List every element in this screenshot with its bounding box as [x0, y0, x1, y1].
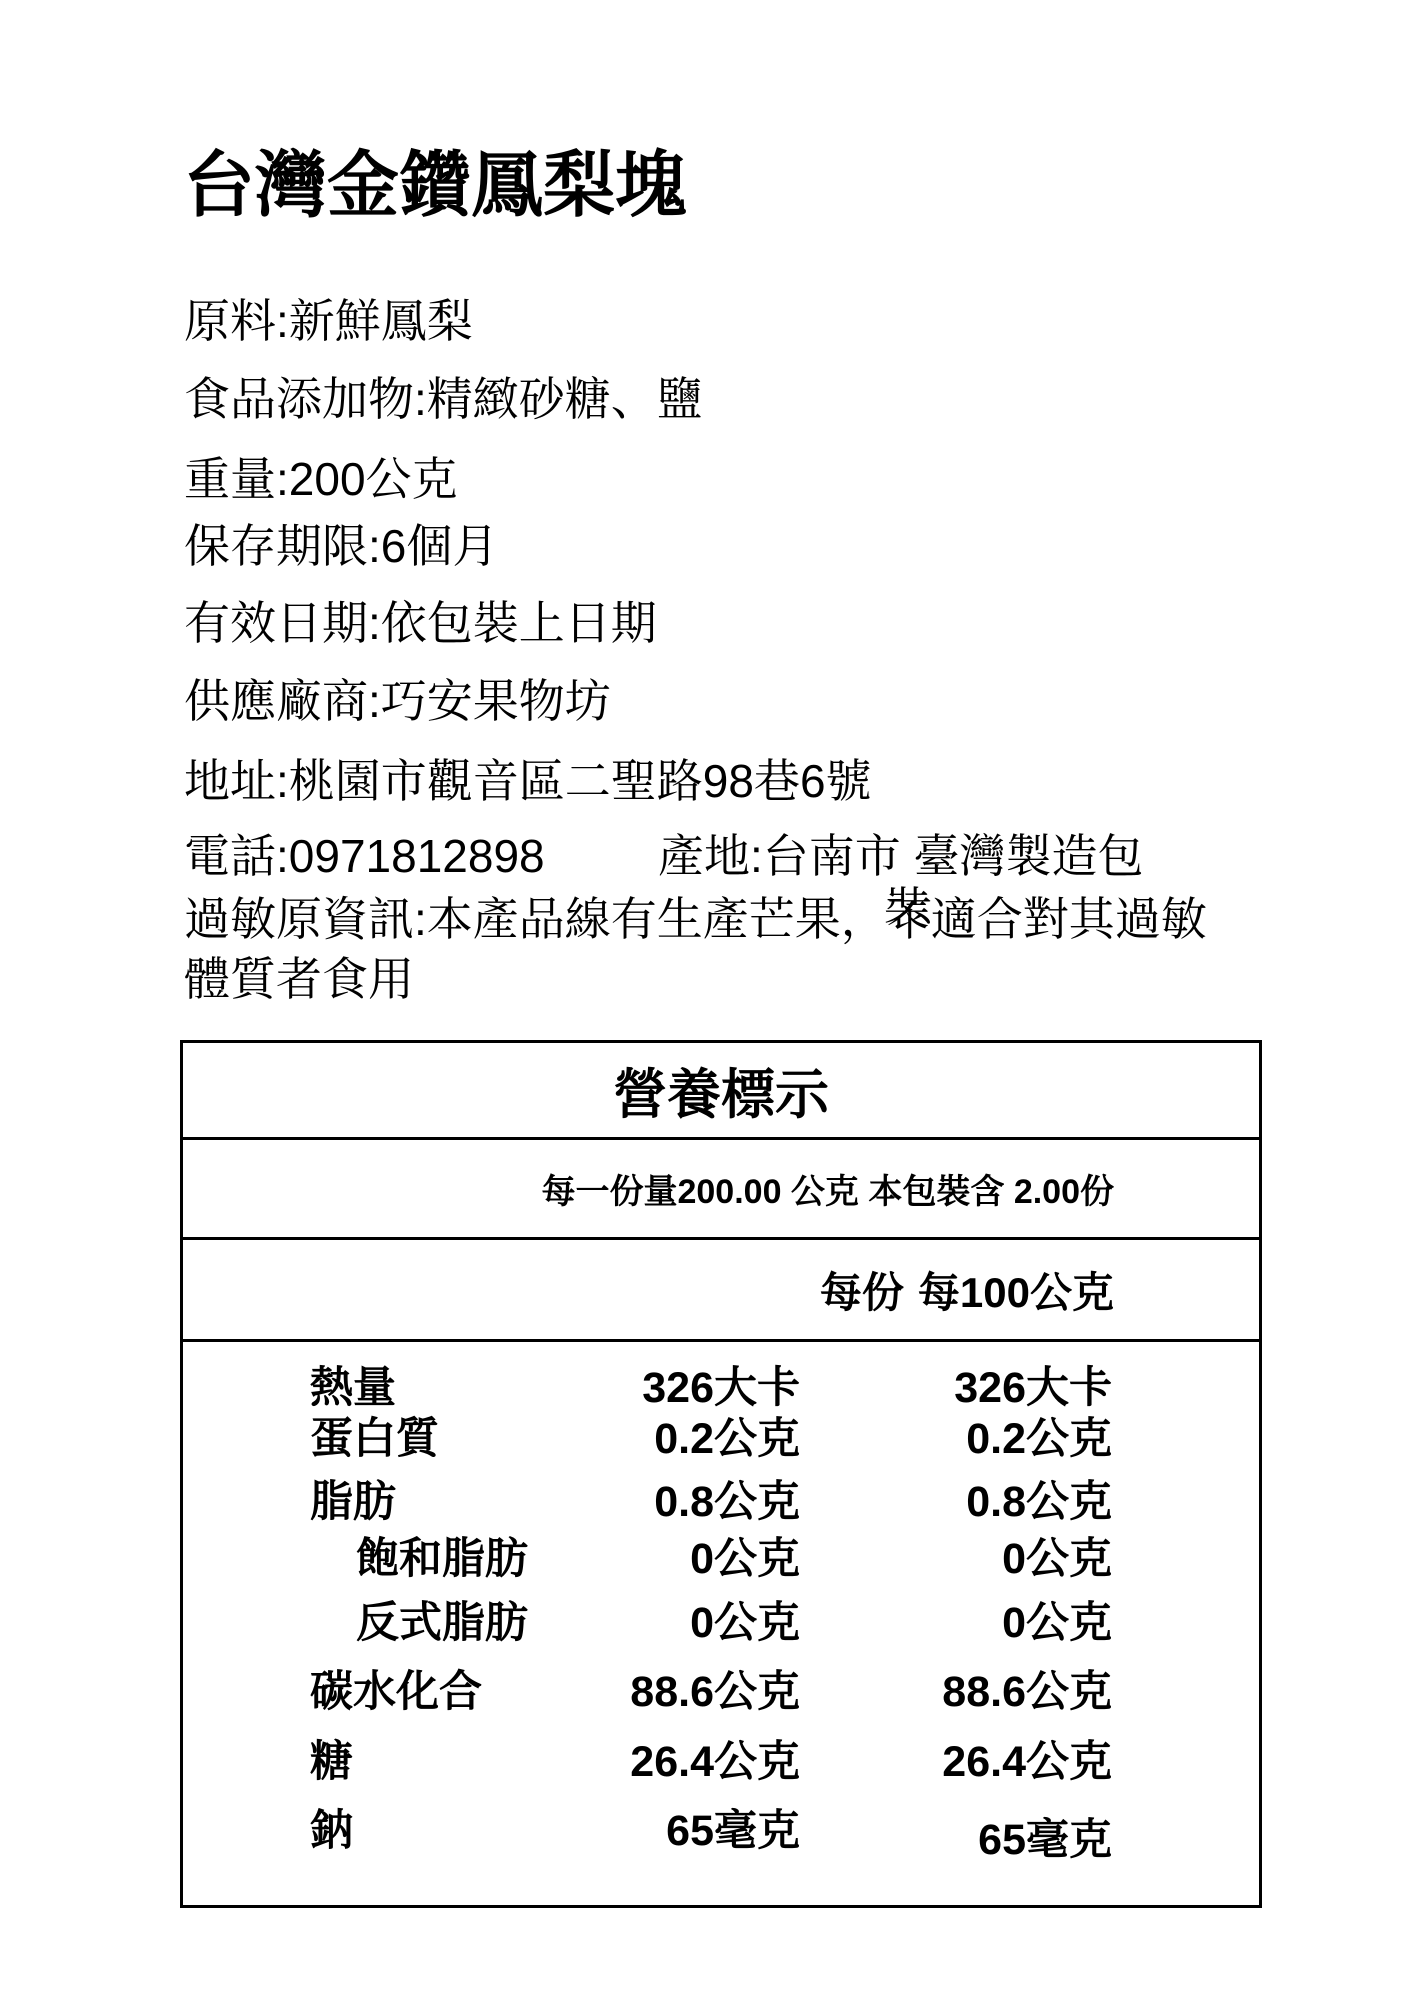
nutrition-table: 營養標示 每一份量200.00 公克 本包裝含 2.00份 每份 每100公克 …: [180, 1040, 1262, 1908]
nutrient-row-trans-fat: 0公克 0公克 反式脂肪: [183, 1598, 1259, 1649]
product-label-page: 台灣金鑽鳳梨塊 原料:新鮮鳳梨 食品添加物:精緻砂糖、鹽 重量:200公克 保存…: [0, 0, 1414, 2000]
serving-size-row: 每一份量200.00 公克 本包裝含 2.00份: [183, 1140, 1259, 1240]
info-line-address: 地址:桃園市觀音區二聖路98巷6號: [184, 755, 872, 807]
nutrient-label: 碳水化合: [310, 1667, 482, 1718]
allergen-text-after: 適合對其過敏: [931, 893, 1207, 945]
nutrient-row-protein: 0.2公克 0.2公克 蛋白質: [183, 1414, 1259, 1465]
nutrient-row-calories: 326大卡 326大卡 熱量: [183, 1363, 1259, 1414]
nutrient-row-saturated-fat: 0公克 0公克 飽和脂肪: [183, 1534, 1259, 1585]
info-line-allergen-2: 體質者食用: [184, 953, 414, 1005]
nutrient-label: 糖: [310, 1737, 353, 1788]
allergen-overlap-top: 裝: [884, 883, 930, 935]
info-line-supplier: 供應廠商:巧安果物坊: [184, 675, 611, 727]
allergen-text-before: 過敏原資訊:本產品線有生產芒果，: [184, 893, 887, 945]
nutrition-table-title: 營養標示: [183, 1043, 1259, 1140]
info-line-allergen: 過敏原資訊:本產品線有生產芒果，不裝適合對其過敏: [184, 893, 1207, 945]
nutrient-label: 脂肪: [310, 1477, 396, 1528]
phone-text: 電話:0971812898: [184, 830, 545, 882]
info-line-shelf-life: 保存期限:6個月: [184, 520, 498, 572]
nutrition-table-body: 326大卡 326大卡 熱量 0.2公克 0.2公克 蛋白質 0.8公克 0.8…: [183, 1363, 1259, 1857]
info-line-ingredients: 原料:新鮮鳳梨: [184, 295, 473, 347]
allergen-overlap-glyphs: 不裝: [887, 893, 931, 945]
nutrient-label: 鈉: [310, 1806, 353, 1857]
info-line-additives: 食品添加物:精緻砂糖、鹽: [184, 373, 703, 425]
per-100g-value: 0公克: [183, 1534, 1112, 1585]
nutrient-row-fat: 0.8公克 0.8公克 脂肪: [183, 1477, 1259, 1528]
nutrient-label: 反式脂肪: [356, 1598, 528, 1649]
nutrient-row-carbohydrate: 88.6公克 88.6公克 碳水化合: [183, 1667, 1259, 1718]
origin-text: 產地:台南市 臺灣製造包: [658, 830, 1144, 882]
col-header-per-serving: 每份: [820, 1260, 904, 1320]
col-header-per-100g: 每100公克: [918, 1260, 1114, 1320]
column-headers-row: 每份 每100公克: [183, 1240, 1259, 1342]
nutrient-row-sodium: 65毫克 65毫克 鈉: [183, 1806, 1259, 1857]
info-line-phone-origin: 電話:0971812898 產地:台南市 臺灣製造包: [184, 830, 1284, 882]
page-title: 台灣金鑽鳳梨塊: [183, 146, 687, 226]
nutrient-label: 飽和脂肪: [356, 1534, 528, 1585]
nutrient-row-sugar: 26.4公克 26.4公克 糖: [183, 1737, 1259, 1788]
per-100g-value: 0公克: [183, 1598, 1112, 1649]
info-line-weight: 重量:200公克: [184, 453, 458, 505]
nutrient-label: 熱量: [310, 1363, 396, 1414]
nutrient-label: 蛋白質: [310, 1414, 439, 1465]
info-line-expiry-date: 有效日期:依包裝上日期: [184, 597, 657, 649]
